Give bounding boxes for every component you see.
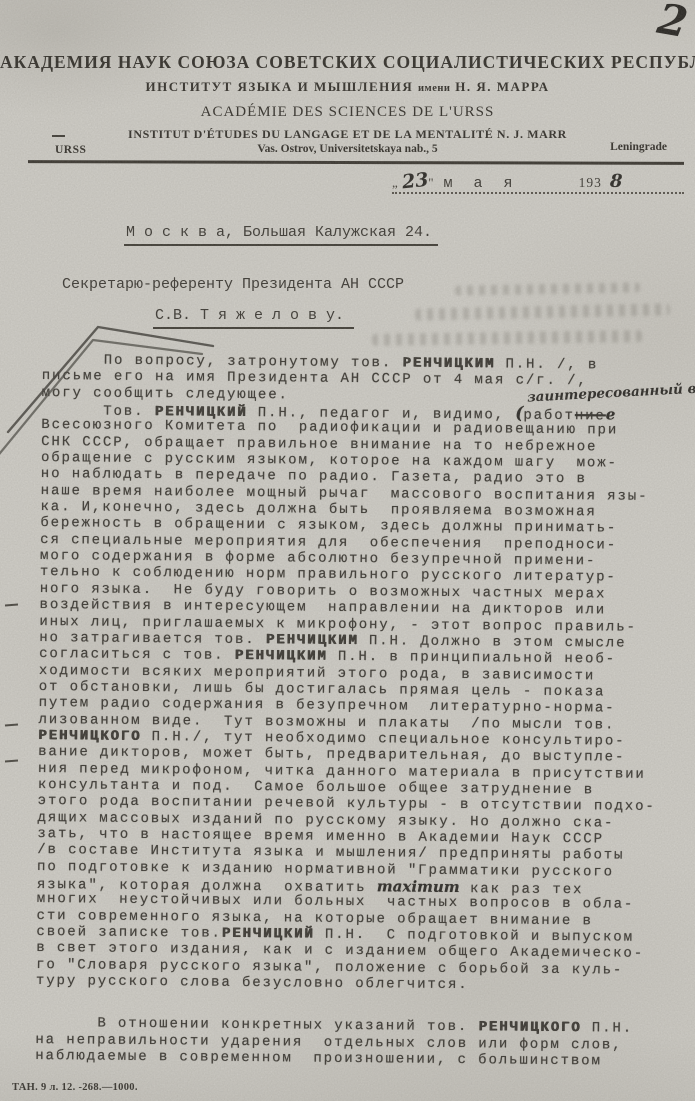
letter-body: По вопросу, затронутому тов. РЕНЧИЦКИМ П…: [35, 352, 690, 1071]
handwritten-insertion: е: [606, 405, 616, 423]
scanned-letter-page: 2 АКАДЕМИЯ НАУК СОЮЗА СОВЕТСКИХ СОЦИАЛИС…: [0, 0, 695, 1101]
date-year-printed: 193: [579, 175, 602, 190]
pencil-margin-dash: [5, 760, 18, 763]
letterhead-institute-ru: ИНСТИТУТ ЯЗЫКА И МЫШЛЕНИЯ имени Н. Я. МА…: [0, 79, 695, 95]
emphasized-name: РЕНЧИЦКОГО: [38, 728, 141, 745]
emphasized-name: РЕНЧИЦКИЙ: [222, 926, 315, 943]
letterhead-rule: [28, 160, 684, 165]
handwritten-year-digit: 8: [609, 171, 622, 192]
letterhead-org-fr: ACADÉMIE DES SCIENCES DE L'URSS: [0, 104, 695, 121]
handwritten-insertion: maximum: [377, 877, 460, 896]
date-month: м а я: [444, 175, 519, 192]
date-line: „23"м а я1938: [392, 170, 684, 194]
handwritten-page-number: 2: [654, 0, 690, 44]
date-quote-open: „: [392, 175, 398, 190]
emphasized-name: РЕНЧИЦКИМ: [266, 632, 359, 649]
ghost-ink-smudge: [415, 303, 670, 320]
handwritten-day: 23: [401, 169, 430, 194]
body-paragraph: По вопросу, затронутому тов. РЕНЧИЦКИМ П…: [36, 352, 690, 996]
institute-ru-name: Н. Я. МАРРА: [455, 79, 549, 94]
pencil-margin-dash: [5, 604, 18, 607]
letterhead-address-row: URSS Vas. Ostrov, Universitetskaya nab.,…: [0, 143, 695, 159]
emphasized-name: РЕНЧИЦКИМ: [235, 648, 328, 665]
body-paragraph: В отношении конкретных указаний тов. РЕН…: [35, 1015, 683, 1070]
institute-ru-imeni: имени: [418, 83, 450, 94]
letterhead-city: Leningrade: [610, 141, 667, 153]
pencil-margin-dash: [5, 724, 18, 727]
ghost-ink-smudge: [372, 330, 642, 346]
recipient-city-address: М о с к в а, Большая Калужская 24.: [124, 224, 438, 246]
print-code: ТАН. 9 л. 12. -268.—1000.: [12, 1082, 138, 1093]
letterhead-institute-fr: INSTITUT D'ÉTUDES DU LANGAGE ET DE LA ME…: [0, 127, 695, 142]
letterhead-street-address: Vas. Ostrov, Universitetskaya nab., 5: [0, 143, 695, 155]
ghost-ink-smudge: [455, 282, 640, 295]
recipient-name: С.В. Т я ж е л о в у.: [153, 307, 354, 329]
letterhead-org-ru: АКАДЕМИЯ НАУК СОЮЗА СОВЕТСКИХ СОЦИАЛИСТИ…: [0, 52, 695, 73]
recipient-title: Секретарю-референту Президента АН СССР: [62, 276, 404, 293]
letterhead-dash: [52, 135, 65, 137]
emphasized-name: РЕНЧИЦКОГО: [478, 1020, 581, 1037]
institute-ru-main: ИНСТИТУТ ЯЗЫКА И МЫШЛЕНИЯ: [146, 79, 414, 94]
emphasized-name: РЕНЧИЦКИМ: [402, 355, 495, 372]
